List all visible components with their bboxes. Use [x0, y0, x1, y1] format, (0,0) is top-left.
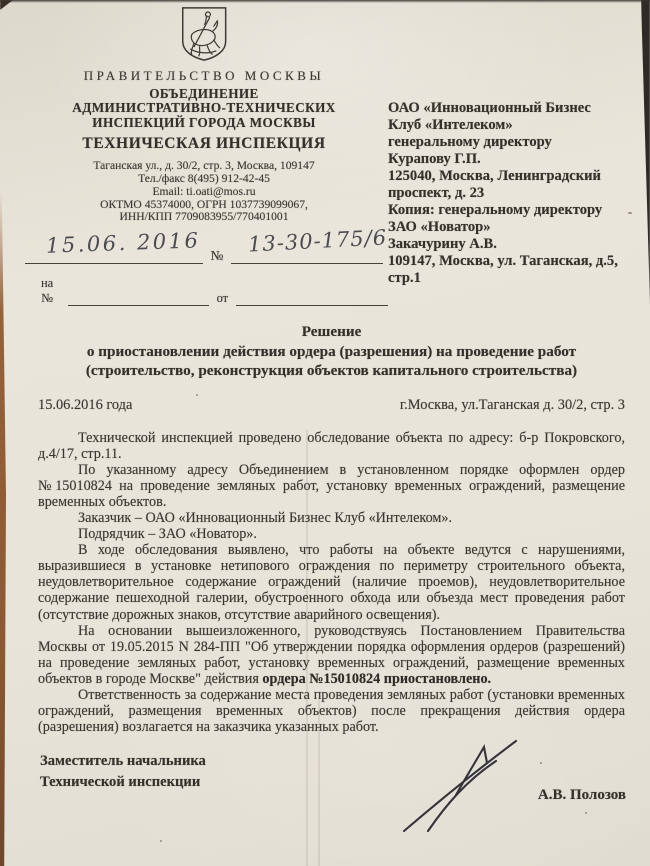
document-title-line3: (строительство, реконструкция объектов к…: [38, 361, 625, 381]
photo-background: ПРАВИТЕЛЬСТВО МОСКВЫ ОБЪЕДИНЕНИЕ АДМИНИС…: [0, 0, 650, 866]
recipient-line: проспект, д. 23: [388, 185, 646, 202]
recipient-line: Закачурину А.В.: [388, 236, 646, 253]
letterhead-contacts: Таганская ул., д. 30/2, стр. 3, Москва, …: [20, 160, 388, 224]
paper-speck: [160, 840, 162, 842]
date-blank-line: [25, 263, 203, 264]
document-title: Решение о приостановлении действия ордер…: [38, 322, 625, 381]
recipient-line: Клуб «Интелеком»: [388, 117, 646, 134]
document-title-line2: о приостановлении действия ордера (разре…: [38, 342, 625, 362]
document-body: Технической инспекцией проведено обследо…: [38, 430, 625, 736]
recipient-block: ОАО «Инновационный Бизнес Клуб «Интелеко…: [388, 100, 646, 287]
letterhead-email: Email: ti.oati@mos.ru: [20, 186, 388, 199]
document-date: 15.06.2016 года: [38, 397, 132, 414]
letterhead-division: ТЕХНИЧЕСКАЯ ИНСПЕКЦИЯ: [20, 135, 388, 153]
paragraph-responsibility: Ответственность за содержание места пров…: [38, 687, 625, 735]
number-blank-line: [231, 263, 383, 264]
recipient-line: ОАО «Инновационный Бизнес: [388, 100, 646, 117]
signer-position: Заместитель начальника Технической инспе…: [40, 751, 206, 793]
paper-speck: [540, 762, 542, 764]
paper-speck: [196, 394, 198, 396]
photo-top-edge: [0, 0, 650, 3]
document-title-line1: Решение: [38, 322, 625, 342]
reference-date-number-row: 15.06. 2016 № 13-30-175/6: [20, 236, 388, 264]
signer-position-line1: Заместитель начальника: [40, 751, 206, 772]
letterhead-left-column: ПРАВИТЕЛЬСТВО МОСКВЫ ОБЪЕДИНЕНИЕ АДМИНИС…: [20, 6, 388, 306]
reference-reply-row: на № от: [20, 276, 388, 306]
letterhead-government: ПРАВИТЕЛЬСТВО МОСКВЫ: [20, 68, 388, 84]
recipient-line: ЗАО «Новатор»: [388, 219, 646, 236]
signer-position-line2: Технической инспекции: [40, 772, 206, 793]
paper-crease: [306, 430, 308, 866]
paragraph-violations: В ходе обследования выявлено, что работы…: [38, 542, 625, 622]
letterhead: ПРАВИТЕЛЬСТВО МОСКВЫ ОБЪЕДИНЕНИЕ АДМИНИС…: [0, 0, 650, 288]
date-place-line: 15.06.2016 года г.Москва, ул.Таганская д…: [38, 397, 625, 414]
paragraph-contractor: Подрядчик – ЗАО «Новатор».: [38, 526, 625, 542]
letterhead-org-line3: ИНСПЕКЦИЙ ГОРОДА МОСКВЫ: [20, 116, 388, 130]
paragraph-inspection: Технической инспекцией проведено обследо…: [38, 430, 625, 462]
recipient-line: Копия: генеральному директору: [388, 202, 646, 219]
letterhead-phone: Тел./факс 8(495) 912-42-45: [20, 173, 388, 186]
reply-number-blank-line: [68, 305, 208, 306]
recipient-line: стр.1: [388, 270, 646, 287]
recipient-line: Курапову Г.П.: [388, 151, 646, 168]
document-page: ПРАВИТЕЛЬСТВО МОСКВЫ ОБЪЕДИНЕНИЕ АДМИНИС…: [0, 0, 650, 866]
signer-name: А.В. Полозов: [538, 787, 626, 804]
letterhead-org-line2: АДМИНИСТРАТИВНО-ТЕХНИЧЕСКИХ: [20, 101, 388, 115]
letterhead-organization: ОБЪЕДИНЕНИЕ АДМИНИСТРАТИВНО-ТЕХНИЧЕСКИХ …: [20, 87, 388, 130]
reply-to-label: на №: [34, 276, 60, 306]
paper-speck: [585, 812, 587, 814]
letterhead-codes2: ИНН/КПП 7709083955/770401001: [20, 211, 388, 224]
handwritten-date: 15.06. 2016: [46, 229, 201, 258]
paper-speck: [628, 212, 632, 214]
paragraph-decision: На основании вышеизложенного, руководств…: [38, 623, 625, 687]
handwritten-number: 13-30-175/6: [247, 226, 387, 257]
recipient-line: 109147, Москва, ул. Таганская, д.5,: [388, 253, 646, 270]
number-sign: №: [211, 248, 224, 264]
reply-date-blank-line: [236, 305, 388, 306]
decision-suspended-bold: ордера №15010824 приостановлено.: [262, 671, 491, 687]
letterhead-org-line1: ОБЪЕДИНЕНИЕ: [20, 87, 388, 101]
paper-crease: [318, 700, 320, 866]
paragraph-customer: Заказчик – ОАО «Инновационный Бизнес Клу…: [38, 510, 625, 526]
handwritten-signature-icon: [398, 733, 548, 838]
paragraph-order: По указанному адресу Объединением в уста…: [38, 462, 625, 510]
recipient-line: генеральному директору: [388, 134, 646, 151]
moscow-coat-of-arms-icon: [20, 6, 388, 62]
document-place: г.Москва, ул.Таганская д. 30/2, стр. 3: [400, 397, 625, 414]
signature-block: Заместитель начальника Технической инспе…: [0, 749, 650, 835]
recipient-line: 125040, Москва, Ленинградский: [388, 168, 646, 185]
reply-from-label: от: [217, 291, 229, 306]
